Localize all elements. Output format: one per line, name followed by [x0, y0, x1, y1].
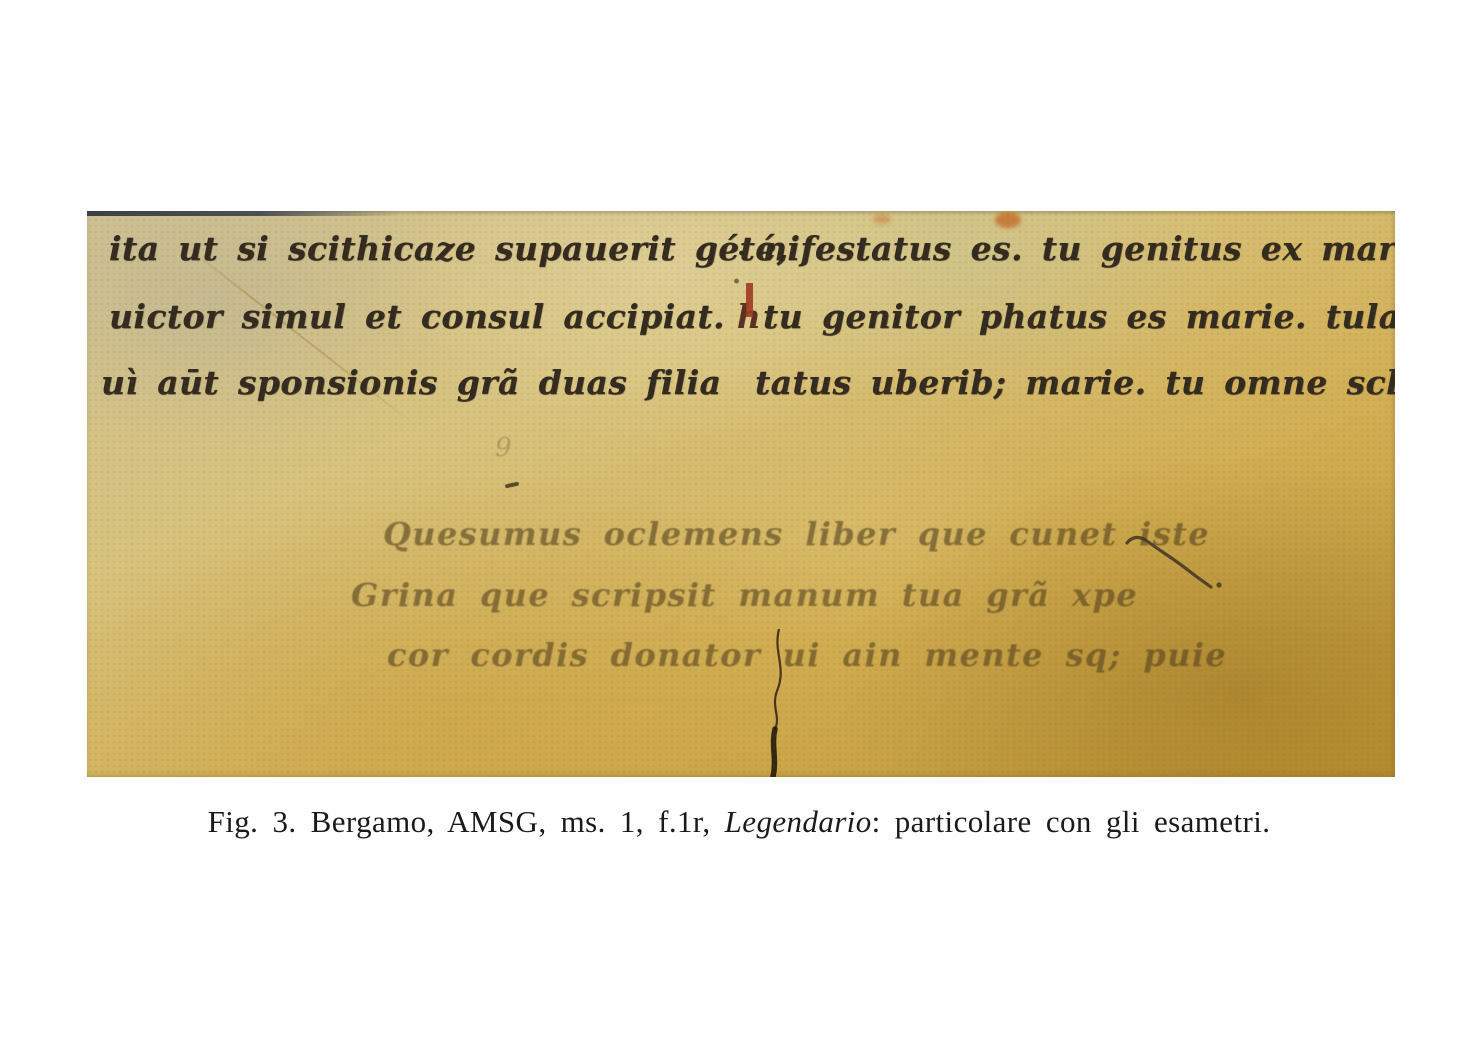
manuscript-line-faded: Quesumus oclemens liber que cunet iste [383, 515, 1210, 553]
ink-speck [505, 482, 520, 489]
manuscript-line: ita ut si scithicaze supauerit gété, [109, 229, 789, 268]
manuscript-photo: ita ut si scithicaze supauerit gété, uic… [87, 211, 1395, 777]
photo-edge-strip [87, 211, 399, 216]
manuscript-line: tatus uberib; marie. tu omne sclm [755, 363, 1395, 402]
orange-stain [873, 214, 891, 224]
column-divider-dot: · [732, 267, 741, 297]
column-divider-dot: · [737, 239, 746, 269]
manuscript-line-text: uictor simul et consul accipiat. [109, 297, 725, 336]
figure-3: ita ut si scithicaze supauerit gété, uic… [0, 0, 1478, 1059]
caption-suffix: : particolare con gli esametri. [872, 804, 1271, 839]
caption-italic-title: Legendario [725, 804, 872, 839]
manuscript-line: uictor simul et consul accipiat.h [109, 297, 761, 336]
manuscript-line: tu genitor phatus es marie. tulae [763, 297, 1395, 336]
manuscript-line-faded: Grina que scripsit manum tua grã xpe [351, 576, 1138, 614]
orange-stain [995, 212, 1021, 228]
faint-mark: 9 [495, 433, 512, 463]
rubricated-initial: h [737, 297, 761, 336]
figure-caption: Fig. 3. Bergamo, AMSG, ms. 1, f.1r, Lege… [0, 804, 1478, 840]
manuscript-line: nifestatus es. tu genitus ex maria. [763, 229, 1395, 268]
caption-prefix: Fig. 3. Bergamo, AMSG, ms. 1, f.1r, [208, 804, 725, 839]
manuscript-line-faded: cor cordis donator ui ain mente sq; puie [387, 636, 1227, 674]
manuscript-line: uì aūt sponsionis grã duas filia [101, 363, 721, 402]
